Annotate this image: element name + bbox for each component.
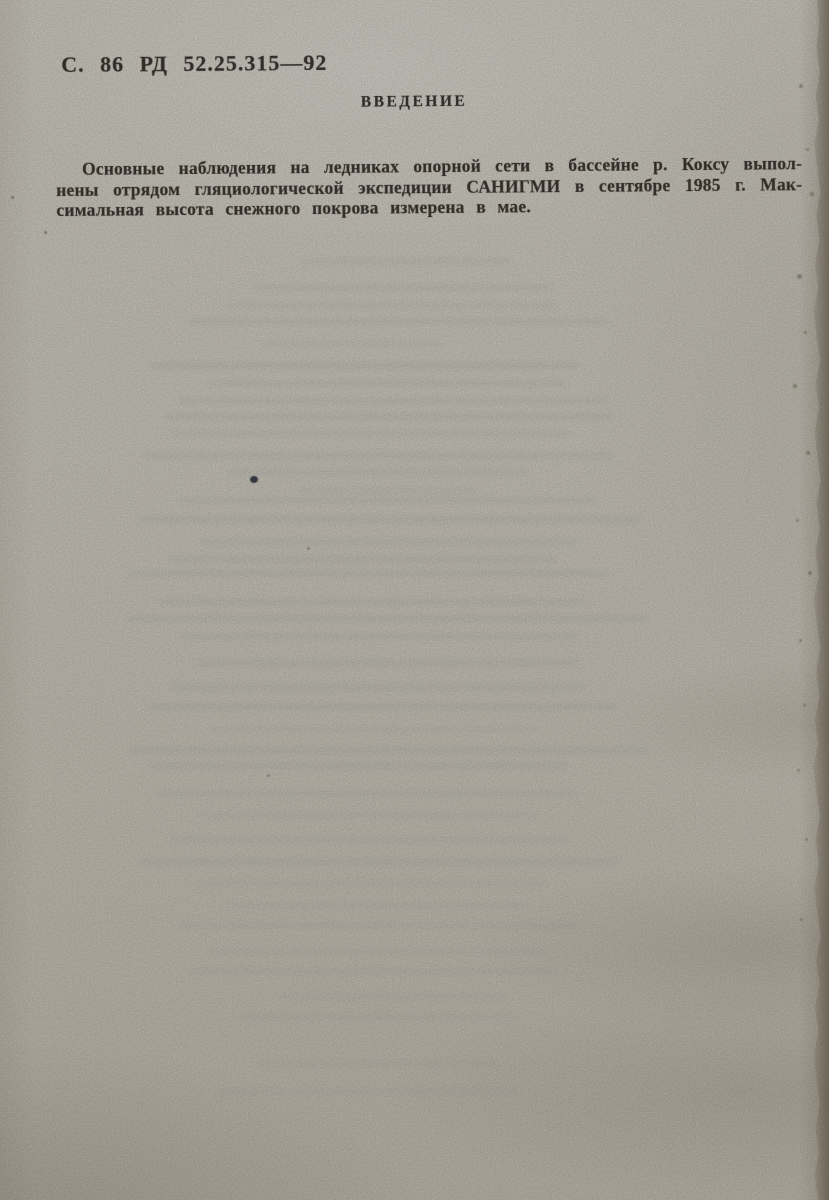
section-title: ВВЕДЕНИЕ [0,90,829,115]
scanned-page: С. 86 РД 52.25.315—92 ВВЕДЕНИЕ Основные … [0,0,829,1200]
page-content: С. 86 РД 52.25.315—92 ВВЕДЕНИЕ Основные … [0,0,829,1200]
intro-paragraph: Основные наблюдения на ледниках опорной … [56,153,802,220]
document-code: С. 86 РД 52.25.315—92 [61,50,327,78]
